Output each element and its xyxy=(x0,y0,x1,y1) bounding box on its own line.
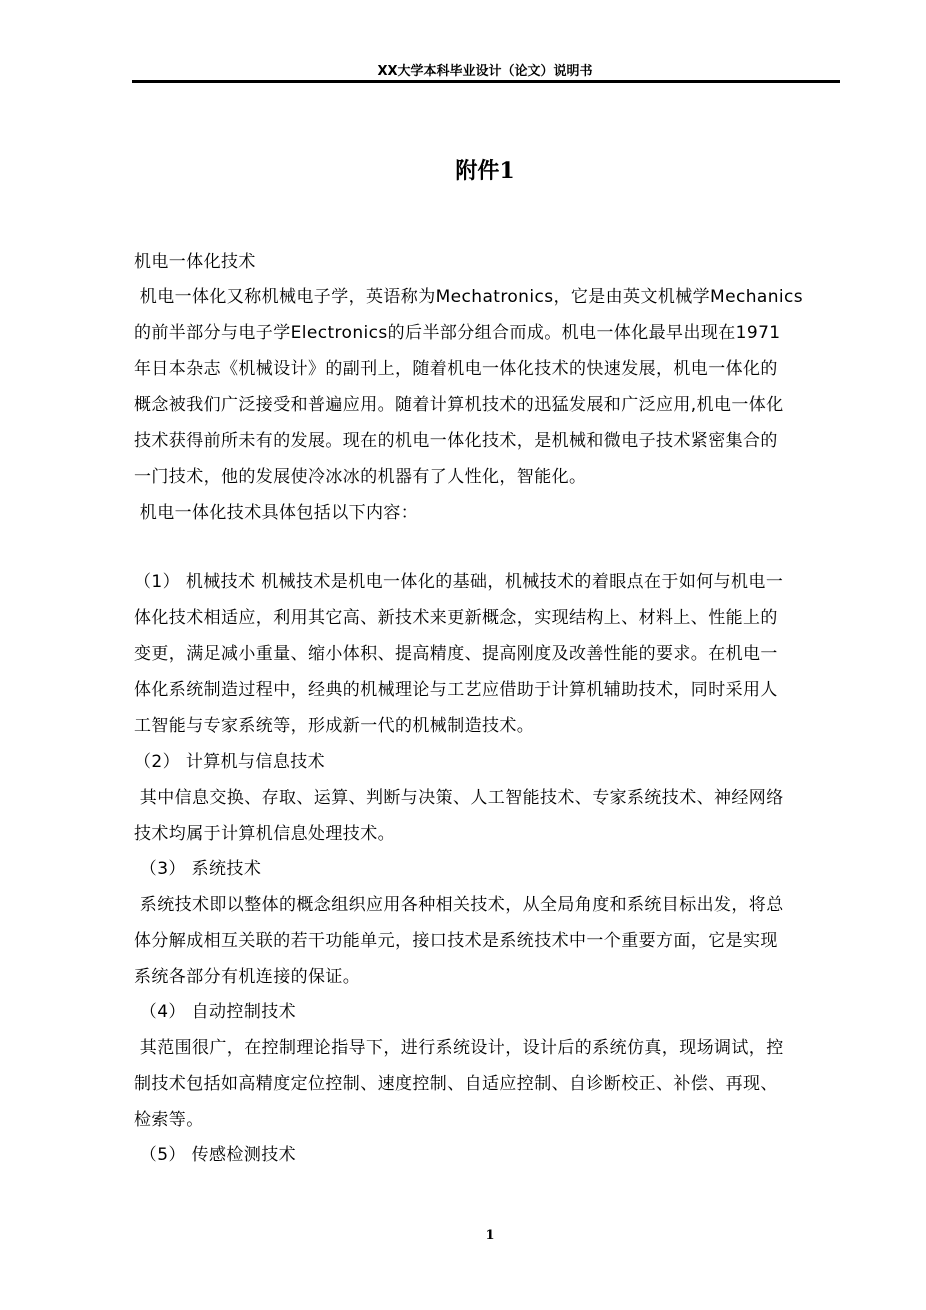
text-line: 机电一体化技术 xyxy=(134,250,256,274)
text-line: 系统各部分有机连接的保证。 xyxy=(134,965,360,989)
text-line: （3） 系统技术 xyxy=(134,857,261,881)
text-line: 一门技术，他的发展使冷冰冰的机器有了人性化，智能化。 xyxy=(134,465,586,489)
text-line: 体化技术相适应，利用其它高、新技术来更新概念，实现结构上、材料上、性能上的 xyxy=(134,606,778,630)
text-line: 概念被我们广泛接受和普遍应用。随着计算机技术的迅猛发展和广泛应用,机电一体化 xyxy=(134,393,784,417)
text-line: 工智能与专家系统等，形成新一代的机械制造技术。 xyxy=(134,714,534,738)
text-line: 其中信息交换、存取、运算、判断与决策、人工智能技术、专家系统技术、神经网络 xyxy=(134,786,784,810)
text-line: 年日本杂志《机械设计》的副刊上，随着机电一体化技术的快速发展，机电一体化的 xyxy=(134,357,778,381)
document-title: 附件1 xyxy=(130,156,840,186)
header-title: XX大学本科毕业设计（论文）说明书 xyxy=(130,64,840,80)
text-line: 制技术包括如高精度定位控制、速度控制、自适应控制、自诊断校正、补偿、再现、 xyxy=(134,1072,778,1096)
text-line: 机电一体化技术具体包括以下内容： xyxy=(134,501,418,525)
text-line: （1） 机械技术 机械技术是机电一体化的基础，机械技术的着眼点在于如何与机电一 xyxy=(134,570,783,594)
text-line: （5） 传感检测技术 xyxy=(134,1143,296,1167)
page-number: 1 xyxy=(440,1228,540,1243)
text-line: 变更，满足减小重量、缩小体积、提高精度、提高刚度及改善性能的要求。在机电一 xyxy=(134,642,778,666)
text-line: 技术获得前所未有的发展。现在的机电一体化技术，是机械和微电子技术紧密集合的 xyxy=(134,429,778,453)
text-line: 的前半部分与电子学Electronics的后半部分组合而成。机电一体化最早出现在… xyxy=(134,321,781,345)
text-line: 其范围很广，在控制理论指导下，进行系统设计，设计后的系统仿真，现场调试，控 xyxy=(134,1036,784,1060)
text-line: 系统技术即以整体的概念组织应用各种相关技术，从全局角度和系统目标出发，将总 xyxy=(134,893,784,917)
text-line: 检索等。 xyxy=(134,1108,204,1132)
text-line: 体分解成相互关联的若干功能单元，接口技术是系统技术中一个重要方面，它是实现 xyxy=(134,929,778,953)
text-line: 技术均属于计算机信息处理技术。 xyxy=(134,822,395,846)
text-line: （2） 计算机与信息技术 xyxy=(134,750,325,774)
header-divider xyxy=(132,80,840,83)
text-line: （4） 自动控制技术 xyxy=(134,1000,296,1024)
text-line: 机电一体化又称机械电子学，英语称为Mechatronics，它是由英文机械学Me… xyxy=(134,285,803,309)
text-line: 体化系统制造过程中，经典的机械理论与工艺应借助于计算机辅助技术，同时采用人 xyxy=(134,678,778,702)
